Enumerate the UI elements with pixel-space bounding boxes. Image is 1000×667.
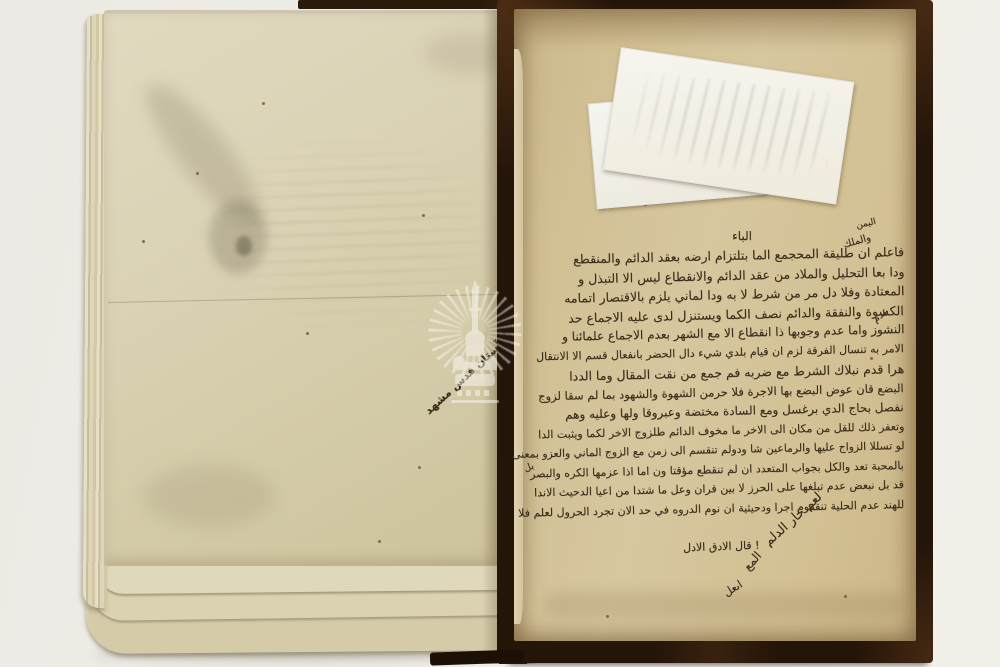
foxing-speck [306,332,309,335]
cover-edge-top [298,0,500,9]
foxing-speck [262,102,265,105]
left-page: كتابخانه آستان قدس مشهد [104,10,500,566]
foxing-speck [606,615,609,618]
pencil-ghost-writing [625,70,836,180]
foxing-speck [418,466,421,469]
manuscript-photo: كتابخانه آستان قدس مشهد الباء اليمن والم… [0,0,1000,667]
foxing-speck [378,540,381,543]
foxing-speck [142,240,145,243]
section-heading: الباء [700,229,784,243]
foxing-speck [844,595,847,598]
foxing-speck [196,172,199,175]
stain [209,200,267,274]
damp-stain [544,592,904,618]
stain [236,236,252,256]
stain [144,465,274,527]
foxing-speck [422,214,425,217]
torn-gutter-edge [514,49,523,624]
closing-line: ! قال الادق الادل [683,539,760,555]
stain [519,11,909,41]
foxing-speck [870,357,873,360]
